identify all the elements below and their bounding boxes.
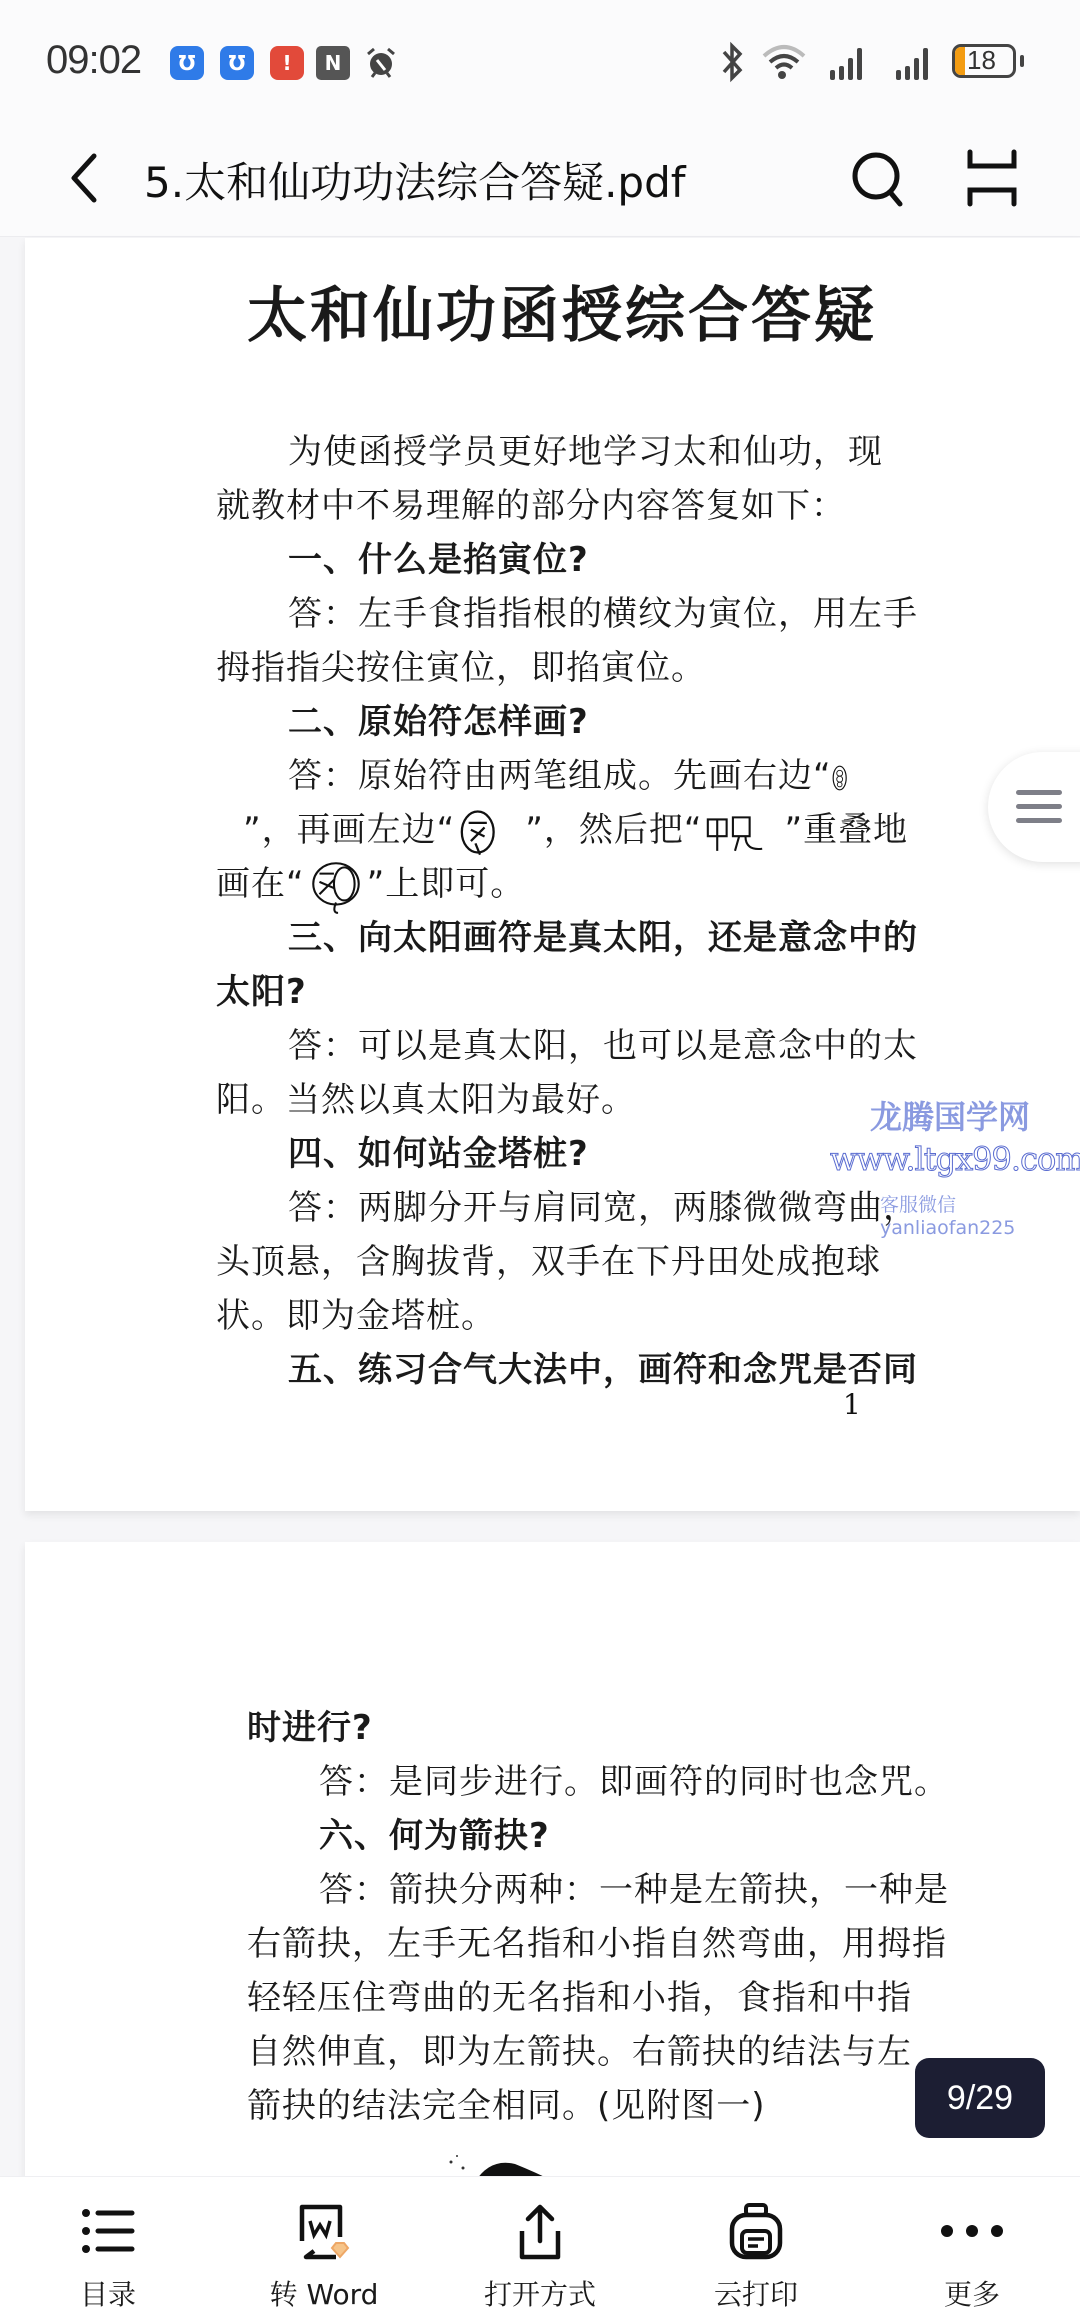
document-heading: 太和仙功函授综合答疑 [247, 268, 877, 354]
watermark-url: www.ltgx99.com [830, 1140, 1080, 1178]
question-heading: 二、原始符怎样画? [288, 694, 589, 743]
bluetooth-icon [718, 40, 748, 84]
toolbar-item-cloud-print[interactable]: 云打印 [648, 2177, 864, 2324]
question-heading: 一、什么是掐寅位? [288, 532, 589, 581]
paragraph-line: 答：是同步进行。即画符的同时也念咒。 [319, 1754, 949, 1803]
share-icon [510, 2201, 570, 2265]
talisman-glyph-icon [455, 807, 505, 857]
paragraph-line: 为使函授学员更好地学习太和仙功，现 [288, 424, 883, 473]
more-icon [937, 2201, 1007, 2261]
page-counter-badge[interactable]: 9/29 [915, 2058, 1045, 2138]
list-icon [78, 2201, 138, 2261]
paragraph-line: 拇指指尖按住寅位，即掐寅位。 [216, 640, 706, 689]
toolbar-item-open-with[interactable]: 打开方式 [432, 2177, 648, 2324]
paragraph-line: 就教材中不易理解的部分内容答复如下： [216, 478, 846, 527]
toolbar-label: 目录 [0, 2273, 216, 2313]
paragraph-line: 状。即为金塔桩。 [216, 1288, 496, 1337]
paragraph-line: 答：两脚分开与肩同宽，两膝微微弯曲， [288, 1180, 918, 1229]
question-heading: 时进行? [247, 1700, 373, 1749]
toolbar-item-contents[interactable]: 目录 [0, 2177, 216, 2324]
signal-icon [894, 40, 938, 84]
bottom-toolbar: 目录 转 Word 打开方式 云打印 更多 [0, 2176, 1080, 2324]
battery-alert-icon: ! [270, 46, 304, 80]
question-heading: 太阳? [216, 964, 307, 1013]
toolbar-label: 更多 [864, 2273, 1080, 2313]
search-icon [848, 148, 908, 208]
chevron-left-icon [62, 148, 112, 208]
app-header: 5.太和仙功功法综合答疑.pdf [0, 120, 1080, 237]
paragraph-line: 自然伸直，即为左箭抉。右箭抉的结法与左 [247, 2024, 912, 2073]
talisman-glyph-icon [305, 857, 367, 915]
toolbar-item-convert-word[interactable]: 转 Word [216, 2177, 432, 2324]
toolbar-label: 打开方式 [432, 2273, 648, 2313]
paragraph-line: 右箭抉，左手无名指和小指自然弯曲，用拇指 [247, 1916, 947, 1965]
toolbar-label: 转 Word [216, 2273, 432, 2313]
watermark-site-name: 龙腾国学网 [870, 1092, 1030, 1138]
menu-line-icon [1016, 804, 1062, 809]
text-segment: ”重叠地 [784, 810, 908, 850]
menu-line-icon [1016, 818, 1062, 823]
battery-fill [955, 47, 965, 75]
app-badge-icon: Ʊ [220, 46, 254, 80]
question-heading: 四、如何站金塔桩? [288, 1126, 589, 1175]
battery-icon: 18 [952, 44, 1016, 78]
text-segment: 答：原始符由两笔组成。先画右边“ [288, 756, 832, 796]
nfc-icon: N [316, 46, 350, 80]
text-segment: ”上即可。 [367, 864, 526, 904]
paragraph-line: 阳。当然以真太阳为最好。 [216, 1072, 636, 1121]
paragraph-line: 头顶悬，含胸拔背，双手在下丹田处成抱球 [216, 1234, 881, 1283]
search-button[interactable] [848, 148, 908, 208]
pdf-page-1: 太和仙功函授综合答疑 为使函授学员更好地学习太和仙功，现 就教材中不易理解的部分… [25, 238, 1080, 1511]
paragraph-line: 画在“”上即可。 [216, 856, 525, 915]
text-segment: ”，然后把“ [525, 810, 702, 850]
signal-icon [828, 40, 872, 84]
back-button[interactable] [62, 148, 112, 208]
paragraph-line: 答：左手食指指根的横纹为寅位，用左手 [288, 586, 918, 635]
toolbar-label: 云打印 [648, 2273, 864, 2313]
status-bar: 09:02 Ʊ Ʊ ! N 18 [0, 0, 1080, 120]
paragraph-line: ”，再画左边“”，然后把“”重叠地 [243, 802, 908, 857]
fullscreen-button[interactable] [962, 148, 1022, 208]
paragraph-line: 答：可以是真太阳，也可以是意念中的太 [288, 1018, 918, 1067]
battery-tip [1020, 55, 1024, 67]
wifi-icon [760, 40, 808, 84]
alarm-icon [364, 46, 398, 80]
text-segment: ”，再画左边“ [243, 810, 455, 850]
printer-icon [726, 2201, 786, 2265]
toolbar-item-more[interactable]: 更多 [864, 2177, 1080, 2324]
app-badge-icon: Ʊ [170, 46, 204, 80]
paragraph-line: 箭抉的结法完全相同。(见附图一) [247, 2078, 766, 2127]
menu-line-icon [1016, 790, 1062, 795]
watermark-contact: 客服微信 yanliaofan225 [880, 1190, 1080, 1239]
status-time: 09:02 [46, 38, 141, 83]
question-heading: 五、练习合气大法中，画符和念咒是否同 [288, 1342, 918, 1391]
paragraph-line: 轻轻压住弯曲的无名指和小指，食指和中指 [247, 1970, 912, 2019]
question-heading: 六、何为箭抉? [319, 1808, 550, 1857]
document-title: 5.太和仙功功法综合答疑.pdf [144, 150, 686, 210]
battery-level: 18 [967, 45, 996, 76]
paragraph-line: 答：箭抉分两种：一种是左箭抉，一种是 [319, 1862, 949, 1911]
talisman-glyph-icon [832, 753, 858, 803]
paragraph-line: 答：原始符由两笔组成。先画右边“ [288, 748, 858, 803]
talisman-glyph-icon [702, 809, 768, 855]
fullscreen-icon [962, 148, 1022, 208]
question-heading: 三、向太阳画符是真太阳，还是意念中的 [288, 910, 918, 959]
convert-word-icon [292, 2201, 356, 2265]
text-segment: 画在“ [216, 864, 305, 904]
page-number: 1 [843, 1388, 861, 1421]
